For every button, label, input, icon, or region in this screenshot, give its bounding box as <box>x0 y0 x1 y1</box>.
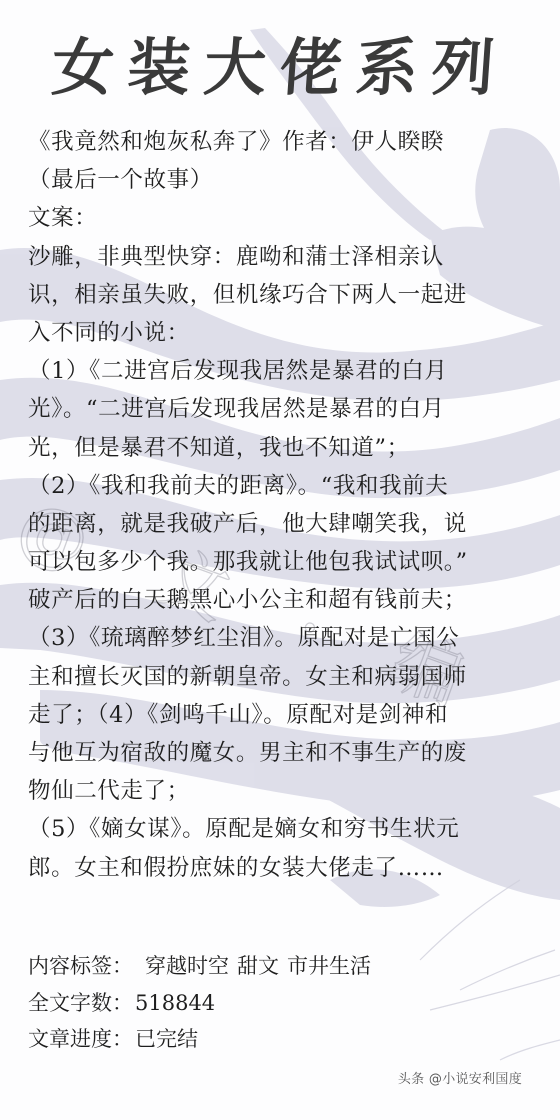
synopsis-line: 识，相亲虽失败，但机缘巧合下两人一起进 <box>28 276 548 314</box>
word-count-value: 518844 <box>135 991 215 1015</box>
book-metadata: 内容标签：穿越时空甜文市井生活 全文字数：518844 文章进度：已完结 <box>28 948 548 1058</box>
story-5-line: 郎。女主和假扮庶妹的女装大佬走了…… <box>28 849 548 887</box>
progress-row: 文章进度：已完结 <box>28 1021 548 1058</box>
tag-item: 市井生活 <box>287 954 371 978</box>
story-2-line: 的距离，就是我破产后，他大肆嘲笑我，说 <box>28 505 548 543</box>
book-recommendation-card: @ 文 · 编 女装大佬系列 《我竟然和炮灰私奔了》作者：伊人睽睽 （最后一个故… <box>0 0 560 1120</box>
story-2-line: 可以包多少个我。那我就让他包我试试呗。” <box>28 543 548 581</box>
series-title: 女装大佬系列 <box>0 30 560 106</box>
tags-row: 内容标签：穿越时空甜文市井生活 <box>28 948 548 985</box>
source-watermark: 头条 @小说安利国度 <box>398 1068 522 1087</box>
tag-item: 甜文 <box>237 954 279 978</box>
story-4-line: 物仙二代走了； <box>28 772 548 810</box>
story-4-line: 与他互为宿敌的魔女。男主和不事生产的废 <box>28 734 548 772</box>
synopsis-line: 沙雕，非典型快穿：鹿呦和蒲士泽相亲认 <box>28 238 548 276</box>
word-count-label: 全文字数： <box>28 991 133 1015</box>
tags-label: 内容标签： <box>28 954 133 978</box>
story-2-line: 破产后的白天鹅黑心小公主和超有钱前夫； <box>28 581 548 619</box>
story-3-line: （3）《琉璃醉梦红尘泪》。原配对是亡国公 <box>28 619 548 657</box>
book-title-author-line: 《我竟然和炮灰私奔了》作者：伊人睽睽 <box>28 123 548 161</box>
book-description: 《我竟然和炮灰私奔了》作者：伊人睽睽 （最后一个故事） 文案： 沙雕，非典型快穿… <box>28 123 548 887</box>
book-note-line: （最后一个故事） <box>28 161 548 199</box>
progress-value: 已完结 <box>135 1027 198 1051</box>
word-count-row: 全文字数：518844 <box>28 985 548 1022</box>
tag-item: 穿越时空 <box>145 954 229 978</box>
progress-label: 文章进度： <box>28 1027 133 1051</box>
story-5-line: （5）《嫡女谋》。原配是嫡女和穷书生状元 <box>28 810 548 848</box>
story-1-line: （1）《二进宫后发现我居然是暴君的白月 <box>28 352 548 390</box>
story-3-line: 主和擅长灭国的新朝皇帝。女主和病弱国师 <box>28 658 548 696</box>
synopsis-label: 文案： <box>28 199 548 237</box>
story-2-line: （2）《我和我前夫的距离》。“我和我前夫 <box>28 467 548 505</box>
story-1-line: 光，但是暴君不知道，我也不知道”； <box>28 429 548 467</box>
synopsis-line: 入不同的小说： <box>28 314 548 352</box>
story-4-line: 走了；（4）《剑鸣千山》。原配对是剑神和 <box>28 696 548 734</box>
story-1-line: 光》。“二进宫后发现我居然是暴君的白月 <box>28 390 548 428</box>
